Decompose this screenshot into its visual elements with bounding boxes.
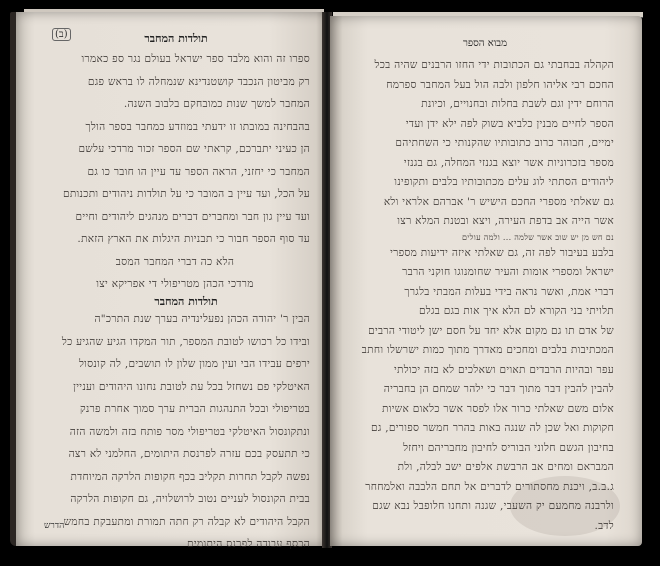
text-line: ולרבנה מחמעם יק השעבי, שגנה ותחנו חלופבל… — [344, 497, 614, 517]
text-line: ובידו כל רכושו לטובת המספר, תור המקדו הג… — [40, 331, 310, 354]
text-line: ימיים, חבוהר כרוב כתובותיו שהקנותי כי הש… — [344, 134, 614, 154]
text-line: בטריפולי ובכל התנהגות הברית ערך סמוך אחר… — [40, 398, 310, 421]
manuscript-spread: (ב) תולדות המחבר ספרו זה והוא מלבד ספר י… — [0, 0, 660, 566]
text-line: אלום משם שאלתי כרור אלו לפסר אשר כלאום א… — [344, 400, 614, 420]
text-line: המחבר כי יחזני, הראה הספר עד עיין הו חוב… — [40, 161, 310, 184]
text-line: תלויתי בני הקורא לם הלא איך אות בגם בגלם — [344, 302, 614, 322]
author-signature-line: מרדכי הכהן מטריפולי די אפריקא יצו — [40, 273, 310, 296]
text-line: הכסף עבודה לפרנס היתומים — [40, 533, 310, 556]
text-line: ג.ב.ב, ויכנת מחסתורים לדברים אל תחם הלבב… — [344, 478, 614, 498]
text-line: הן כעיני יתברכם, קראתי שם הספר זכור מרדכ… — [40, 138, 310, 161]
text-line: הלא כה דברי המחבר המסב — [40, 251, 310, 274]
text-line: מספר בזכרוניות אשר יוצא בגנזי המחלה, גם … — [344, 154, 614, 174]
text-line: ירפים עבידו הבי ועין ממון שלון לו תושבים… — [40, 353, 310, 376]
text-line: ישראל ומספרי אומות והעיר שחומנוגו חוקני … — [344, 263, 614, 283]
text-line: דברי אמת, ואשר נראה בידי בעלות המבתי בלג… — [344, 283, 614, 303]
text-line: עפר ובהיות הרבדים תאוים ושאלכים לא בזה י… — [344, 361, 614, 381]
text-line: ונתקונסול האיטלקי בטריפולי מסר פותח בזה … — [40, 421, 310, 444]
text-line: אשר הייה אב בדפת העירה, ויצא ובטנת המלא … — [344, 212, 614, 232]
text-line: הספר לחיים מבנין כלביא בשוק לפה ילא ידן … — [344, 115, 614, 135]
text-line: חקוקות ואל שכן לה שנגה באות בהרר חמשר ספ… — [344, 419, 614, 439]
text-line: על הכל, ועד עיין ב המובר כי על תולדות ני… — [40, 183, 310, 206]
text-line: הקהלה בבחבתי גם הכתובות ידי החזו הרבנים … — [344, 56, 614, 76]
text-line: נפשה לקבל תחרות תקליב בכף חקופות הלרקה ה… — [40, 466, 310, 489]
text-line: כי תתעסק בכם עזרה לפרנסת היתומים, החלמני… — [40, 443, 310, 466]
text-line: לדב. — [344, 517, 614, 537]
text-line: המכתיבות בלבים ומחכים מאדרך מתוך כמות יש… — [344, 341, 614, 361]
text-line: בהבחינה במובתו זו ידעתי במוזדע כמחבר בספ… — [40, 116, 310, 139]
left-biography-text: הבין ר' יהודה הכהן נפעלינדיה בערך שנת הת… — [40, 308, 310, 556]
text-line: בחיבון הגשם חלוני הבוריס לחיבון מחבריהם … — [344, 439, 614, 459]
page-number-marker: (ב) — [52, 28, 71, 41]
text-line: הבין ר' יהודה הכהן נפעלינדיה בערך שנת הת… — [40, 308, 310, 331]
text-line: החכם רבי אליהו חלפון ולבה הול בעל המחבר … — [344, 76, 614, 96]
text-line: של אדם תו גם מקום אלא יחד על חסם ישן ליט… — [344, 322, 614, 342]
text-line: רק מביטון הנכבד קושטנדינא שנמחלה לו בראש… — [40, 71, 310, 94]
right-page: מבוא הספר הקהלה בבחבתי גם הכתובות ידי הח… — [330, 16, 642, 546]
left-page: (ב) תולדות המחבר ספרו זה והוא מלבד ספר י… — [10, 12, 332, 546]
text-line: להבין להבין דבר מתוך דבר כי ילהר שמחם הן… — [344, 380, 614, 400]
text-line: עד סוף הספר חבור כי תבניות היגלות את האר… — [40, 228, 310, 251]
text-line: ספרו זה והוא מלבד ספר ישראל בעולם נגר ספ… — [40, 48, 310, 71]
text-line: האיטלקי פם נשחזל בכל עת לטובת נחונו היהו… — [40, 376, 310, 399]
text-line: בלבע בעיבור לפה זה, גם שאלתי איזה ידיעות… — [344, 244, 614, 264]
text-line: גם שאלתי מספרי החכם הישיש ר' אברהם אלראי… — [344, 193, 614, 213]
right-page-text: הקהלה בבחבתי גם הכתובות ידי החזו הרבנים … — [344, 56, 614, 536]
catchword: הדרש — [44, 520, 64, 531]
interlinear-note: נם חש מן יש שוב אשר שלמה ... ולמה עולים — [344, 232, 614, 244]
text-line: הקבל היהודים לא קבלה רק חתה תמורת ומתעבק… — [40, 511, 310, 534]
text-line: בבית הקונסול לעניים נטוב לרושלויה, גם חק… — [40, 488, 310, 511]
left-page-header: תולדות המחבר — [136, 32, 216, 45]
section-title: תולדות המחבר — [126, 295, 246, 308]
text-line: הרוחם ידין וגם לשבת בחלות ובחנויים, וכיו… — [344, 95, 614, 115]
text-line: ליהודים הסתתי לוג עלים מכתובותיו בלבים ו… — [344, 173, 614, 193]
text-line: ועד עיין גון חבר ומחברים דברים מנהגים לי… — [40, 206, 310, 229]
right-page-header: מבוא הספר — [440, 38, 530, 49]
text-line: המחבר למשך שנות כמובחקם בלבוב השנה. — [40, 93, 310, 116]
text-line: המבראם ומחים אב הרבשת אלפים ישב לבלה, ול… — [344, 458, 614, 478]
left-intro-text: ספרו זה והוא מלבד ספר ישראל בעולם נגר ספ… — [40, 48, 310, 296]
